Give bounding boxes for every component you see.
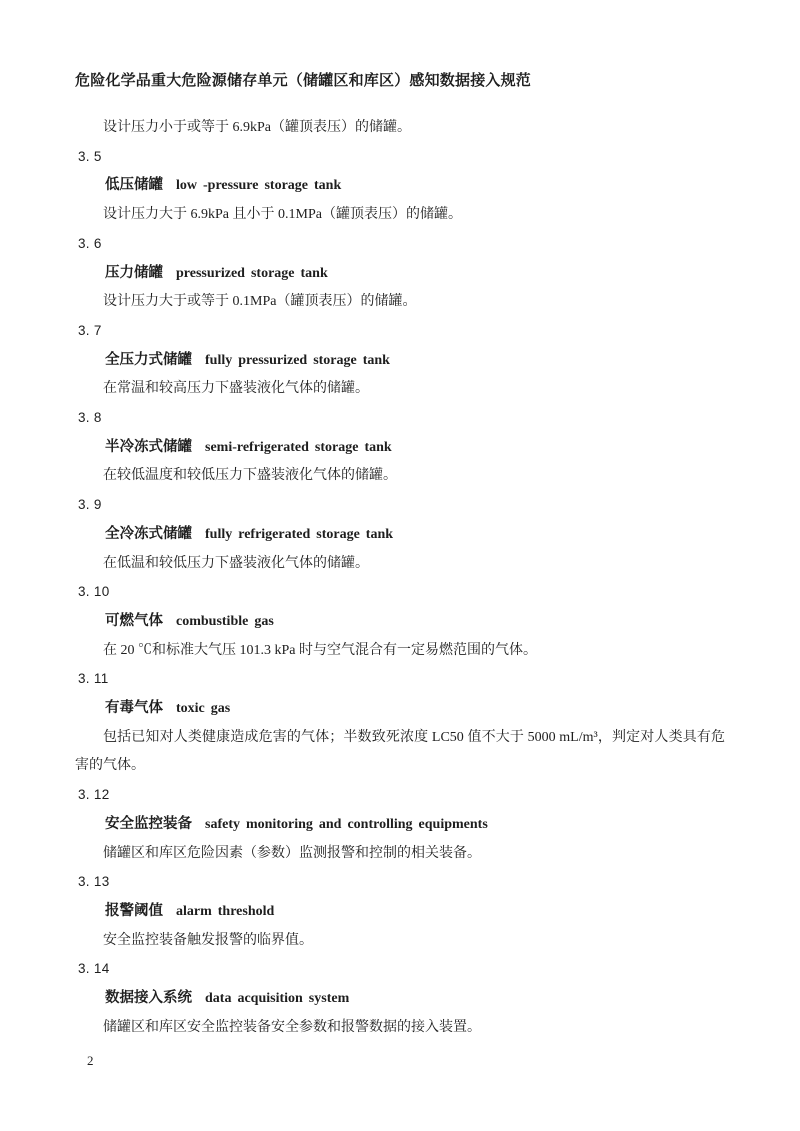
term-line: 全压力式储罐fully pressurized storage tank bbox=[105, 346, 725, 376]
term-definition: 设计压力大于或等于 0.1MPa（罐顶表压）的储罐。 bbox=[75, 288, 725, 317]
term-line: 全冷冻式储罐fully refrigerated storage tank bbox=[105, 520, 725, 550]
section-number: 3. 7 bbox=[78, 317, 725, 346]
section-number: 3. 6 bbox=[78, 230, 725, 259]
term-english: fully pressurized storage tank bbox=[205, 353, 390, 368]
term-english: alarm threshold bbox=[176, 904, 274, 919]
term-chinese: 半冷冻式储罐 bbox=[105, 439, 192, 455]
term-definition: 在低温和较低压力下盛装液化气体的储罐。 bbox=[75, 550, 725, 579]
term-english: semi-refrigerated storage tank bbox=[205, 440, 392, 455]
term-english: pressurized storage tank bbox=[176, 266, 328, 281]
term-chinese: 报警阈值 bbox=[105, 903, 163, 919]
term-section-3-6: 3. 6 压力储罐pressurized storage tank 设计压力大于… bbox=[75, 230, 725, 317]
section-number: 3. 5 bbox=[78, 143, 725, 172]
section-number: 3. 12 bbox=[78, 781, 725, 810]
term-section-3-5: 3. 5 低压储罐low -pressure storage tank 设计压力… bbox=[75, 143, 725, 230]
term-definition: 在较低温度和较低压力下盛装液化气体的储罐。 bbox=[75, 462, 725, 491]
page-number: 2 bbox=[87, 1047, 725, 1075]
term-definition: 储罐区和库区危险因素（参数）监测报警和控制的相关装备。 bbox=[75, 840, 725, 869]
term-english: low -pressure storage tank bbox=[176, 178, 341, 193]
term-english: toxic gas bbox=[176, 701, 230, 716]
term-chinese: 低压储罐 bbox=[105, 177, 163, 193]
term-chinese: 有毒气体 bbox=[105, 700, 163, 716]
section-number: 3. 9 bbox=[78, 491, 725, 520]
term-chinese: 安全监控装备 bbox=[105, 816, 192, 832]
term-english: fully refrigerated storage tank bbox=[205, 527, 393, 542]
section-number: 3. 13 bbox=[78, 868, 725, 897]
term-line: 报警阈值alarm threshold bbox=[105, 897, 725, 927]
term-line: 半冷冻式储罐semi-refrigerated storage tank bbox=[105, 433, 725, 463]
term-definition: 包括已知对人类健康造成危害的气体；半数致死浓度 LC50 值不大于 5000 m… bbox=[75, 724, 725, 781]
term-chinese: 数据接入系统 bbox=[105, 990, 192, 1006]
term-line: 安全监控装备safety monitoring and controlling … bbox=[105, 810, 725, 840]
term-definition: 设计压力大于 6.9kPa 且小于 0.1MPa（罐顶表压）的储罐。 bbox=[75, 201, 725, 230]
term-line: 低压储罐low -pressure storage tank bbox=[105, 171, 725, 201]
term-english: safety monitoring and controlling equipm… bbox=[205, 817, 488, 832]
term-section-3-9: 3. 9 全冷冻式储罐fully refrigerated storage ta… bbox=[75, 491, 725, 578]
term-definition: 在常温和较高压力下盛装液化气体的储罐。 bbox=[75, 375, 725, 404]
term-definition: 安全监控装备触发报警的临界值。 bbox=[75, 927, 725, 956]
section-number: 3. 8 bbox=[78, 404, 725, 433]
term-section-3-12: 3. 12 安全监控装备safety monitoring and contro… bbox=[75, 781, 725, 868]
term-section-3-10: 3. 10 可燃气体combustible gas 在 20 ℃和标准大气压 1… bbox=[75, 578, 725, 665]
term-line: 可燃气体combustible gas bbox=[105, 607, 725, 637]
term-section-3-7: 3. 7 全压力式储罐fully pressurized storage tan… bbox=[75, 317, 725, 404]
term-chinese: 全冷冻式储罐 bbox=[105, 526, 192, 542]
section-number: 3. 14 bbox=[78, 955, 725, 984]
term-definition: 储罐区和库区安全监控装备安全参数和报警数据的接入装置。 bbox=[75, 1014, 725, 1043]
section-number: 3. 10 bbox=[78, 578, 725, 607]
term-section-3-13: 3. 13 报警阈值alarm threshold 安全监控装备触发报警的临界值… bbox=[75, 868, 725, 955]
running-header-title: 危险化学品重大危险源储存单元（储罐区和库区）感知数据接入规范 bbox=[75, 71, 725, 91]
term-definition: 在 20 ℃和标准大气压 101.3 kPa 时与空气混合有一定易燃范围的气体。 bbox=[75, 637, 725, 666]
term-line: 数据接入系统data acquisition system bbox=[105, 984, 725, 1014]
term-chinese: 可燃气体 bbox=[105, 613, 163, 629]
definition-continuation: 设计压力小于或等于 6.9kPa（罐顶表压）的储罐。 bbox=[75, 114, 725, 143]
page-content: 危险化学品重大危险源储存单元（储罐区和库区）感知数据接入规范 设计压力小于或等于… bbox=[75, 0, 725, 1075]
term-section-3-14: 3. 14 数据接入系统data acquisition system 储罐区和… bbox=[75, 955, 725, 1042]
term-line: 压力储罐pressurized storage tank bbox=[105, 259, 725, 289]
term-line: 有毒气体toxic gas bbox=[105, 694, 725, 724]
section-number: 3. 11 bbox=[78, 665, 725, 694]
term-chinese: 压力储罐 bbox=[105, 265, 163, 281]
term-english: data acquisition system bbox=[205, 991, 349, 1006]
document-page: 危险化学品重大危险源储存单元（储罐区和库区）感知数据接入规范 设计压力小于或等于… bbox=[0, 0, 800, 1131]
term-english: combustible gas bbox=[176, 614, 274, 629]
term-section-3-11: 3. 11 有毒气体toxic gas 包括已知对人类健康造成危害的气体；半数致… bbox=[75, 665, 725, 781]
term-chinese: 全压力式储罐 bbox=[105, 352, 192, 368]
term-section-3-8: 3. 8 半冷冻式储罐semi-refrigerated storage tan… bbox=[75, 404, 725, 491]
